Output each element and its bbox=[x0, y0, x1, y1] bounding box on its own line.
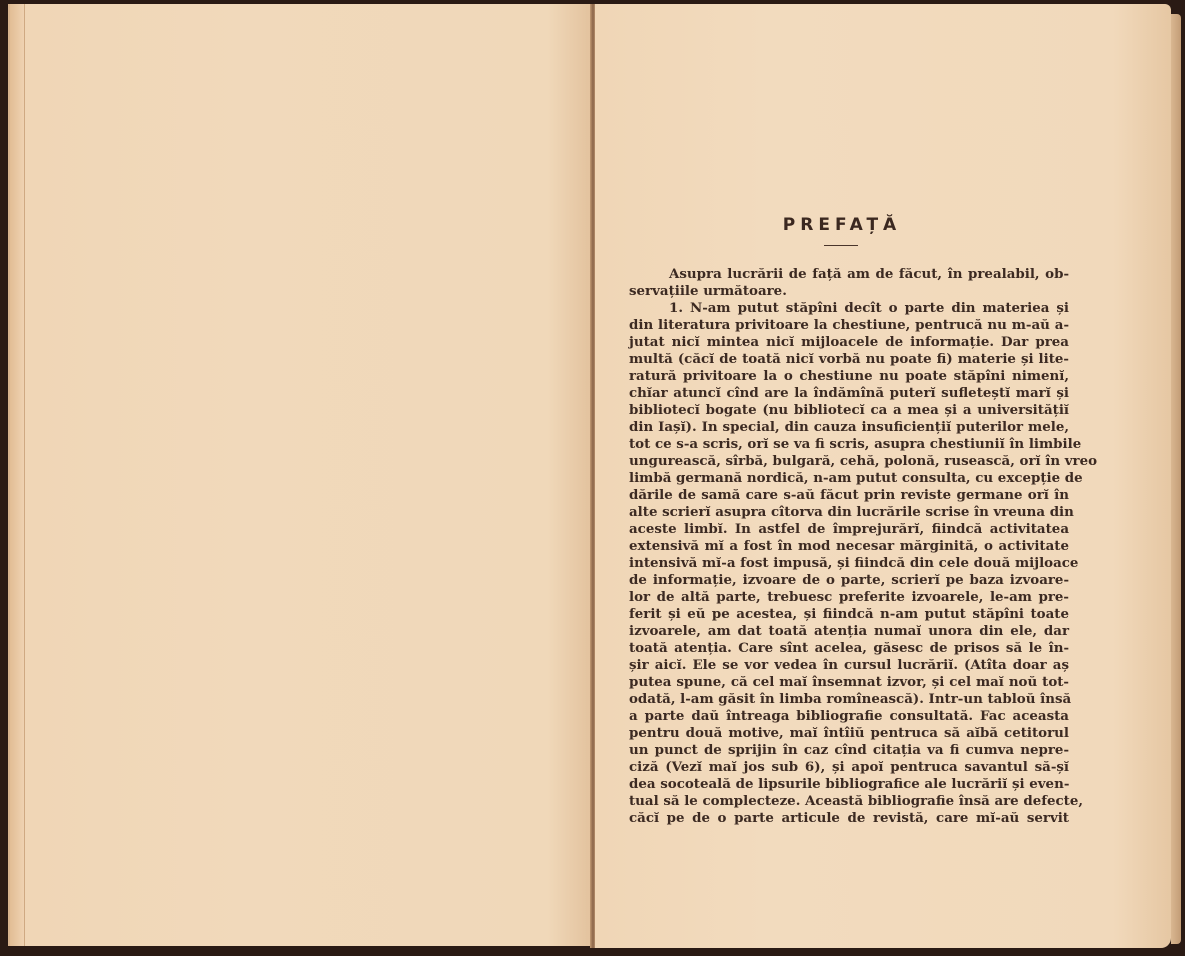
text-line: ungurească, sîrbă, bulgară, cehă, polonă… bbox=[629, 453, 1069, 470]
text-line: extensivă mĭ a fost în mod necesar mărgi… bbox=[629, 538, 1069, 555]
text-line: un punct de sprijin în caz cînd citația … bbox=[629, 742, 1069, 759]
text-line: bibliotecĭ bogate (nu bibliotecĭ ca a me… bbox=[629, 402, 1069, 419]
text-line: ratură privitoare la o chestiune nu poat… bbox=[629, 368, 1069, 385]
text-line: pentru două motive, maĭ întîiŭ pentruca … bbox=[629, 725, 1069, 742]
text-line: izvoarele, am dat toată atenția numaĭ un… bbox=[629, 623, 1069, 640]
preface-content: PREFAȚĂ Asupra lucrării de față am de fă… bbox=[629, 212, 1069, 827]
text-line: căcĭ pe de o parte articule de revistă, … bbox=[629, 810, 1069, 827]
page-edges bbox=[1171, 14, 1181, 944]
text-line: aceste limbĭ. In astfel de împrejurărĭ, … bbox=[629, 521, 1069, 538]
text-line: dea socoteală de lipsurile bibliografice… bbox=[629, 776, 1069, 793]
text-line: a parte daŭ întreaga bibliografie consul… bbox=[629, 708, 1069, 725]
book-spread: PREFAȚĂ Asupra lucrării de față am de fă… bbox=[0, 0, 1185, 956]
text-line: alte scrierĭ asupra cîtorva din lucrăril… bbox=[629, 504, 1069, 521]
text-line: ciză (Vezĭ maĭ jos sub 6), și apoĭ pentr… bbox=[629, 759, 1069, 776]
text-line: intensivă mĭ-a fost impusă, și fiindcă d… bbox=[629, 555, 1069, 572]
text-line: ferit și eŭ pe acestea, și fiindcă n-am … bbox=[629, 606, 1069, 623]
text-line: jutat nicĭ mintea nicĭ mijloacele de inf… bbox=[629, 334, 1069, 351]
text-line: multă (căcĭ de toată nicĭ vorbă nu poate… bbox=[629, 351, 1069, 368]
text-line: 1. N-am putut stăpîni decît o parte din … bbox=[629, 300, 1069, 317]
left-page-edge bbox=[10, 4, 25, 946]
text-line: din literatura privitoare la chestiune, … bbox=[629, 317, 1069, 334]
text-line: tual să le complecteze. Această bibliogr… bbox=[629, 793, 1069, 810]
page-title: PREFAȚĂ bbox=[615, 217, 1069, 234]
text-line: tot ce s-a scris, orĭ se va fi scris, as… bbox=[629, 436, 1069, 453]
text-line: limbă germană nordică, n-am putut consul… bbox=[629, 470, 1069, 487]
text-line: șir aicĭ. Ele se vor vedea în cursul luc… bbox=[629, 657, 1069, 674]
text-line: putea spune, că cel maĭ însemnat izvor, … bbox=[629, 674, 1069, 691]
text-line: odată, l-am găsit în limba romînească). … bbox=[629, 691, 1069, 708]
text-line: lor de altă parte, trebuesc preferite iz… bbox=[629, 589, 1069, 606]
text-line: servațiile următoare. bbox=[629, 283, 1069, 300]
preface-body: Asupra lucrării de față am de făcut, în … bbox=[629, 266, 1069, 827]
right-page: PREFAȚĂ Asupra lucrării de față am de fă… bbox=[595, 4, 1171, 948]
left-page-blank bbox=[8, 4, 594, 946]
text-line: dările de samă care s-aŭ făcut prin revi… bbox=[629, 487, 1069, 504]
text-line: de informație, izvoare de o parte, scrie… bbox=[629, 572, 1069, 589]
text-line: chĭar atuncĭ cînd are la îndămînă puterĭ… bbox=[629, 385, 1069, 402]
text-line: toată atenția. Care sînt acelea, găsesc … bbox=[629, 640, 1069, 657]
title-divider bbox=[824, 245, 858, 246]
text-line: Asupra lucrării de față am de făcut, în … bbox=[629, 266, 1069, 283]
text-line: din Iașĭ). In special, din cauza insufic… bbox=[629, 419, 1069, 436]
